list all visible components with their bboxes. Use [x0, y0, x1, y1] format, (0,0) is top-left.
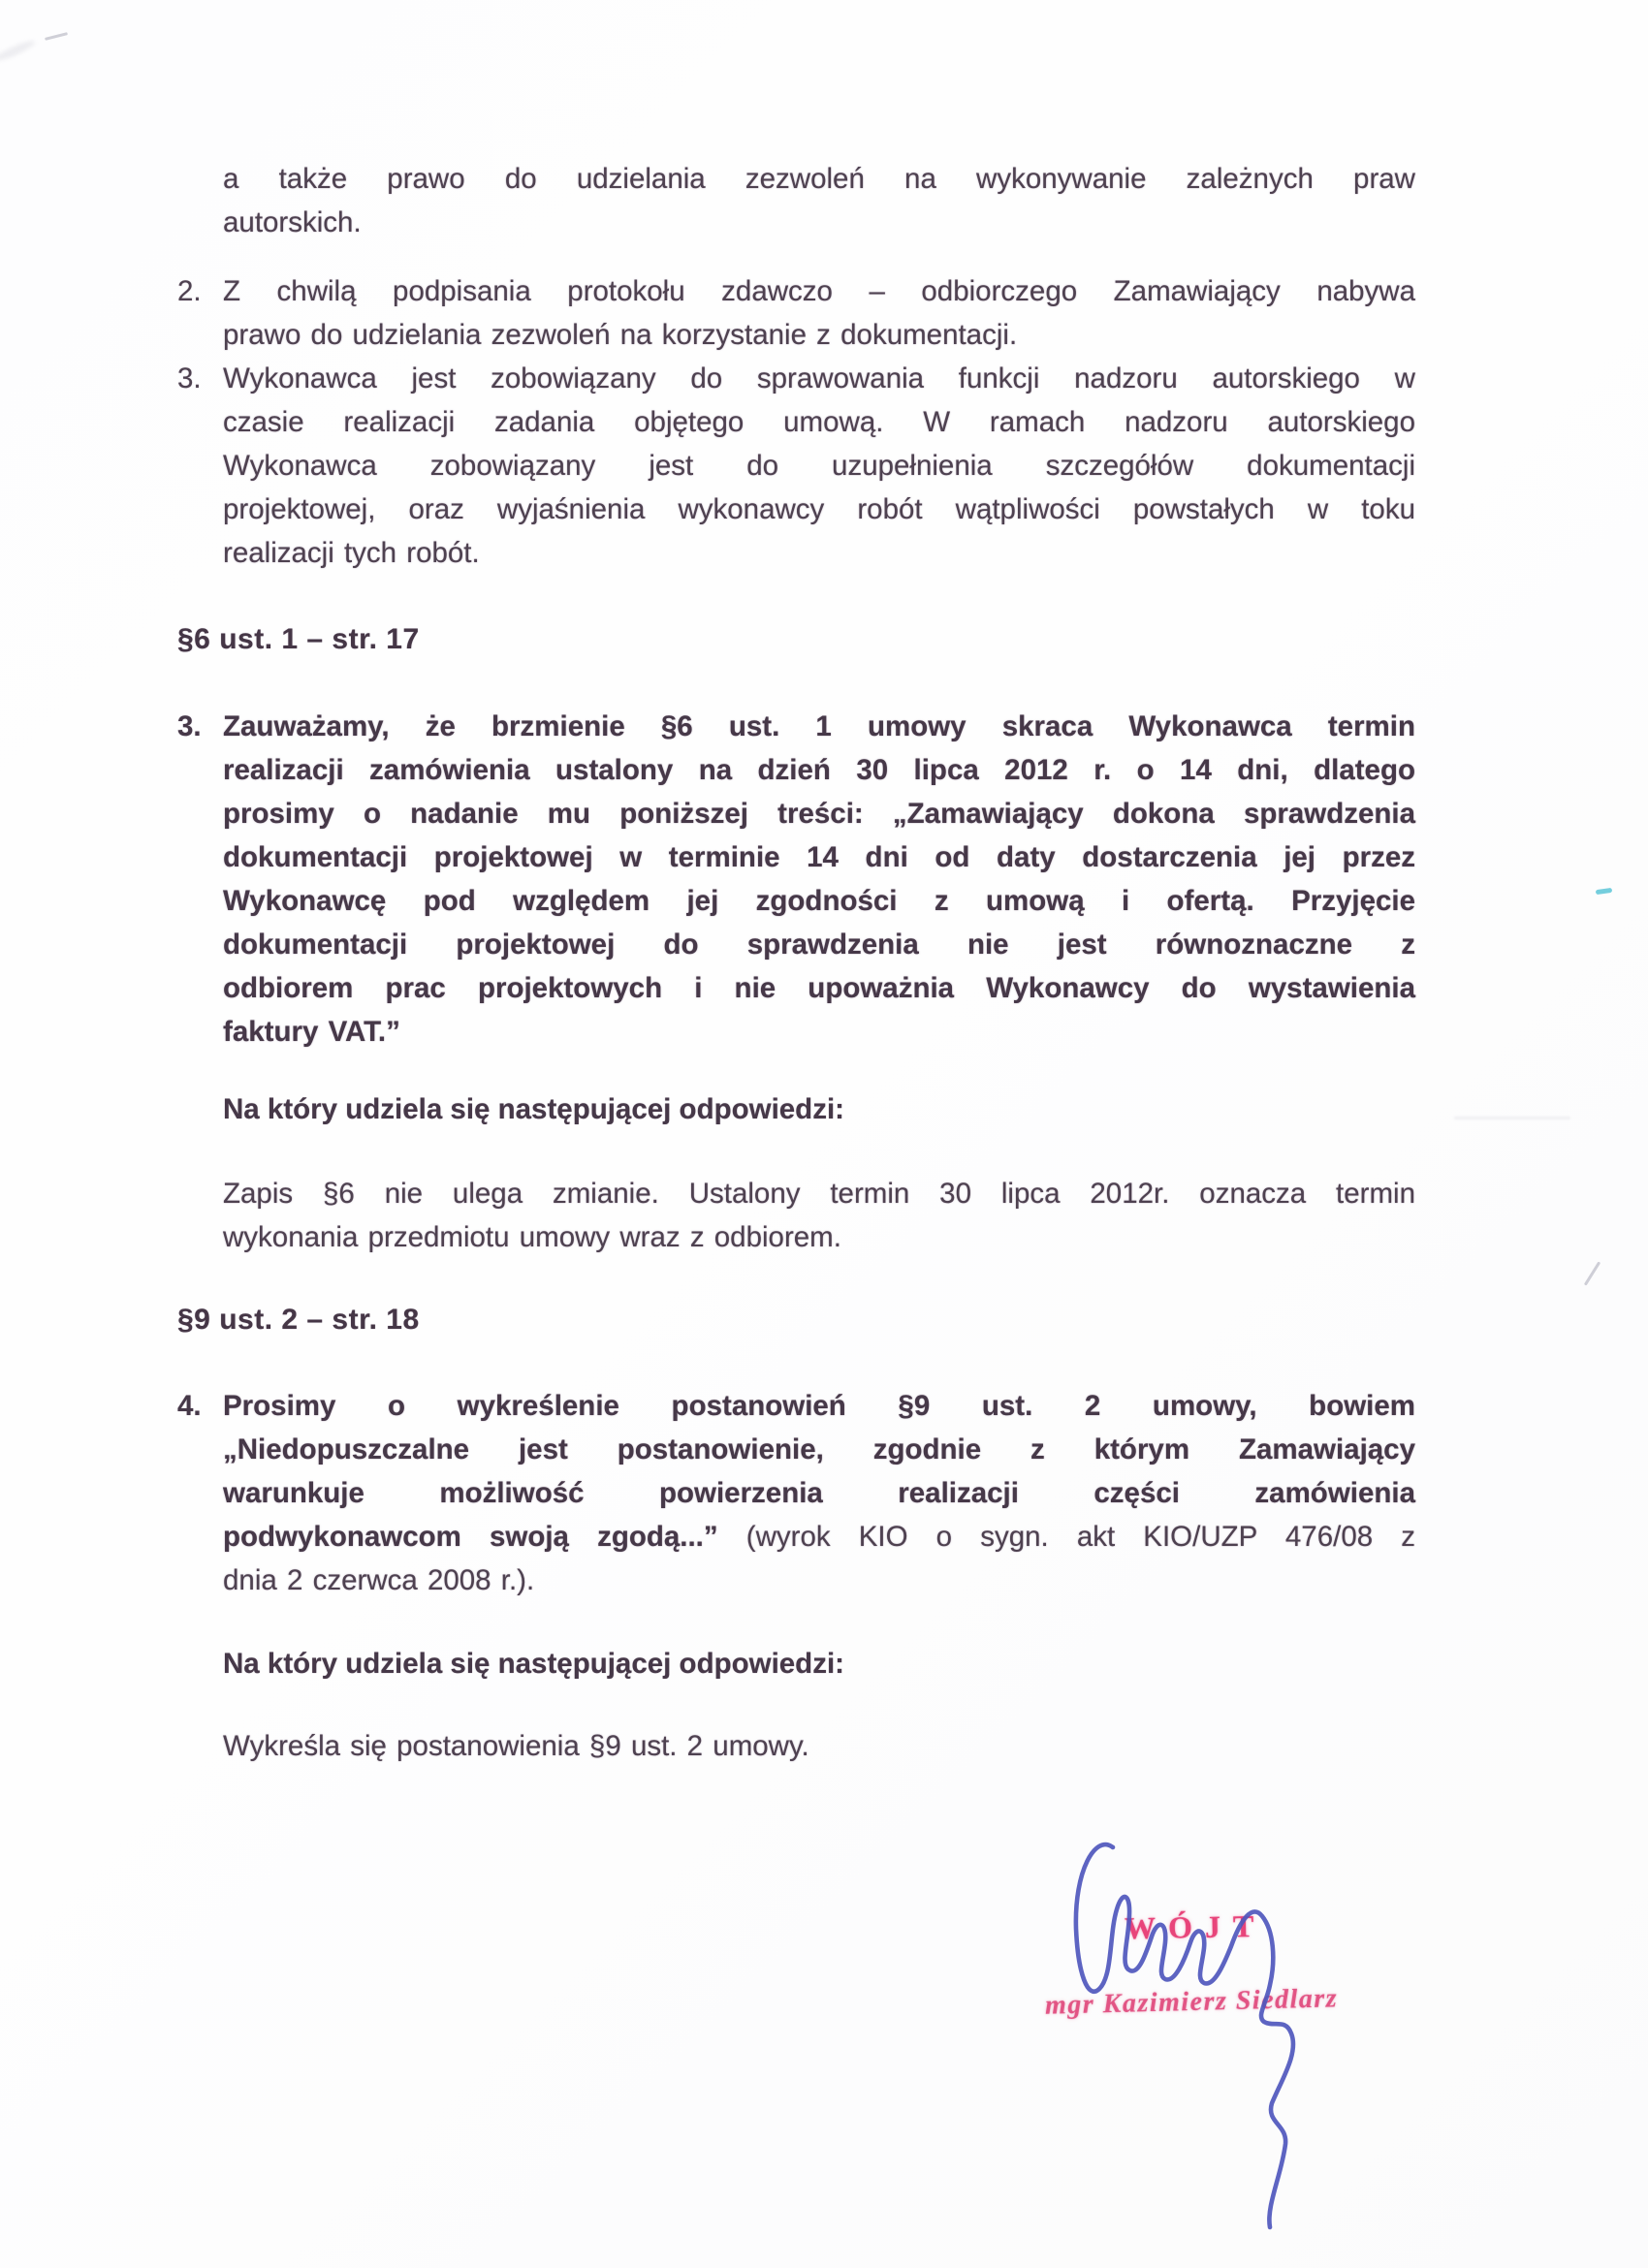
text-line: realizacji tych robót. [223, 531, 1415, 575]
text-line: odbiorem prac projektowych i nie upoważn… [223, 966, 1415, 1010]
question-3: 3. Zauważamy, że brzmienie §6 ust. 1 umo… [177, 705, 1415, 1054]
text-line: a także prawo do udzielania zezwoleń na … [223, 157, 1415, 201]
text-line: realizacji zamówienia ustalony na dzień … [223, 748, 1415, 792]
continuation-paragraph: a także prawo do udzielania zezwoleń na … [223, 157, 1415, 244]
answer-2: Wykreśla się postanowienia §9 ust. 2 umo… [223, 1724, 1415, 1768]
text-line: Prosimy o wykreślenie postanowień §9 ust… [223, 1384, 1415, 1428]
question-4: 4. Prosimy o wykreślenie postanowień §9 … [177, 1384, 1415, 1602]
list-item-2: 2. Z chwilą podpisania protokołu zdawczo… [177, 269, 1415, 357]
signature-scribble [950, 1793, 1357, 2249]
text-line: Wykonawca zobowiązany jest do uzupełnien… [223, 444, 1415, 488]
text-line: prawo do udzielania zezwoleń na korzysta… [223, 313, 1415, 357]
list-item-3: 3. Wykonawca jest zobowiązany do sprawow… [177, 357, 1415, 575]
list-item-number: 3. [177, 705, 202, 748]
text-line: Zauważamy, że brzmienie §6 ust. 1 umowy … [223, 705, 1415, 748]
text-line: dokumentacji projektowej w terminie 14 d… [223, 835, 1415, 879]
text-line: wykonania przedmiotu umowy wraz z odbior… [223, 1215, 1415, 1259]
text-line: Wykonawcę pod względem jej zgodności z u… [223, 879, 1415, 923]
text-line: projektowej, oraz wyjaśnienia wykonawcy … [223, 488, 1415, 531]
section-heading-par6: §6 ust. 1 – str. 17 [177, 617, 420, 661]
text-line: Wykreśla się postanowienia §9 ust. 2 umo… [223, 1724, 1415, 1768]
scan-artifact-corner-smudge [0, 38, 37, 64]
text-line: faktury VAT.” [223, 1010, 1415, 1054]
text-line: warunkuje możliwość powierzenia realizac… [223, 1471, 1415, 1515]
text-line: czasie realizacji zadania objętego umową… [223, 400, 1415, 444]
scan-artifact-diagonal-mark [1584, 1261, 1600, 1285]
answer-heading-1: Na który udziela się następującej odpowi… [223, 1087, 844, 1131]
answer-1: Zapis §6 nie ulega zmianie. Ustalony ter… [223, 1172, 1415, 1259]
scanned-document-page: a także prawo do udzielania zezwoleń na … [0, 0, 1648, 2268]
text-line: Z chwilą podpisania protokołu zdawczo – … [223, 269, 1415, 313]
text-line: dnia 2 czerwca 2008 r.). [223, 1559, 1415, 1602]
text-line: podwykonawcom swoją zgodą...” (wyrok KIO… [223, 1515, 1415, 1559]
case-reference: (wyrok KIO o sygn. akt KIO/UZP 476/08 z [746, 1521, 1415, 1553]
text-line: dokumentacji projektowej do sprawdzenia … [223, 923, 1415, 966]
quote-end-bold: podwykonawcom swoją zgodą...” [223, 1521, 718, 1553]
text-line: „Niedopuszczalne jest postanowienie, zgo… [223, 1428, 1415, 1471]
section-heading-par9: §9 ust. 2 – str. 18 [177, 1298, 420, 1341]
scan-artifact-cyan-dash [1596, 888, 1613, 895]
text-line: Zapis §6 nie ulega zmianie. Ustalony ter… [223, 1172, 1415, 1215]
scan-artifact-corner-dash [45, 32, 68, 41]
text-line: Wykonawca jest zobowiązany do sprawowani… [223, 357, 1415, 400]
answer-heading-2: Na który udziela się następującej odpowi… [223, 1642, 844, 1685]
text-line: autorskich. [223, 201, 1415, 244]
scan-artifact-faint-speckles [1454, 1117, 1570, 1119]
text-line: prosimy o nadanie mu poniższej treści: „… [223, 792, 1415, 835]
list-item-number: 2. [177, 269, 202, 313]
list-item-number: 3. [177, 357, 202, 400]
list-item-number: 4. [177, 1384, 202, 1428]
